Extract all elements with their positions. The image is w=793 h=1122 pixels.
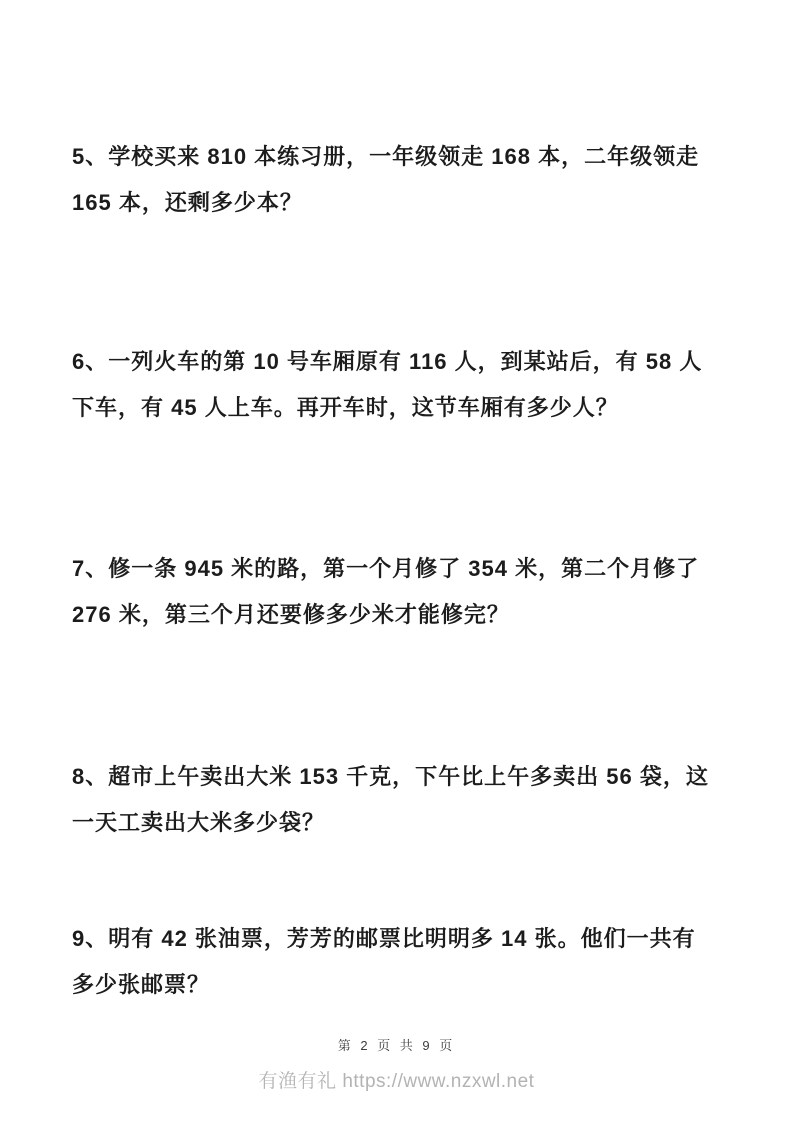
problem-7: 7、修一条 945 米的路，第一个月修了 354 米，第二个月修了 276 米，… [72,546,732,638]
problem-8: 8、超市上午卖出大米 153 千克，下午比上午多卖出 56 袋，这 一天工卖出大… [72,754,732,846]
problem-9-line-1: 9、明有 42 张油票，芳芳的邮票比明明多 14 张。他们一共有 [72,916,732,962]
problem-5: 5、学校买来 810 本练习册，一年级领走 168 本，二年级领走 165 本，… [72,134,732,226]
problem-6: 6、一列火车的第 10 号车厢原有 116 人，到某站后，有 58 人 下车，有… [72,339,732,431]
problem-6-line-2: 下车，有 45 人上车。再开车时，这节车厢有多少人？ [72,385,732,431]
problem-6-line-1: 6、一列火车的第 10 号车厢原有 116 人，到某站后，有 58 人 [72,339,732,385]
problem-5-line-2: 165 本，还剩多少本？ [72,180,732,226]
problem-7-line-1: 7、修一条 945 米的路，第一个月修了 354 米，第二个月修了 [72,546,732,592]
problem-8-line-2: 一天工卖出大米多少袋？ [72,800,732,846]
problem-8-line-1: 8、超市上午卖出大米 153 千克，下午比上午多卖出 56 袋，这 [72,754,732,800]
problem-7-line-2: 276 米，第三个月还要修多少米才能修完？ [72,592,732,638]
site-credit-link[interactable]: 有渔有礼 https://www.nzxwl.net [0,1066,793,1093]
problem-9: 9、明有 42 张油票，芳芳的邮票比明明多 14 张。他们一共有 多少张邮票？ [72,916,732,1008]
problem-9-line-2: 多少张邮票？ [72,962,732,1008]
worksheet-page: 5、学校买来 810 本练习册，一年级领走 168 本，二年级领走 165 本，… [0,0,793,1122]
page-indicator: 第 2 页 共 9 页 [0,1035,793,1054]
problem-5-line-1: 5、学校买来 810 本练习册，一年级领走 168 本，二年级领走 [72,134,732,180]
